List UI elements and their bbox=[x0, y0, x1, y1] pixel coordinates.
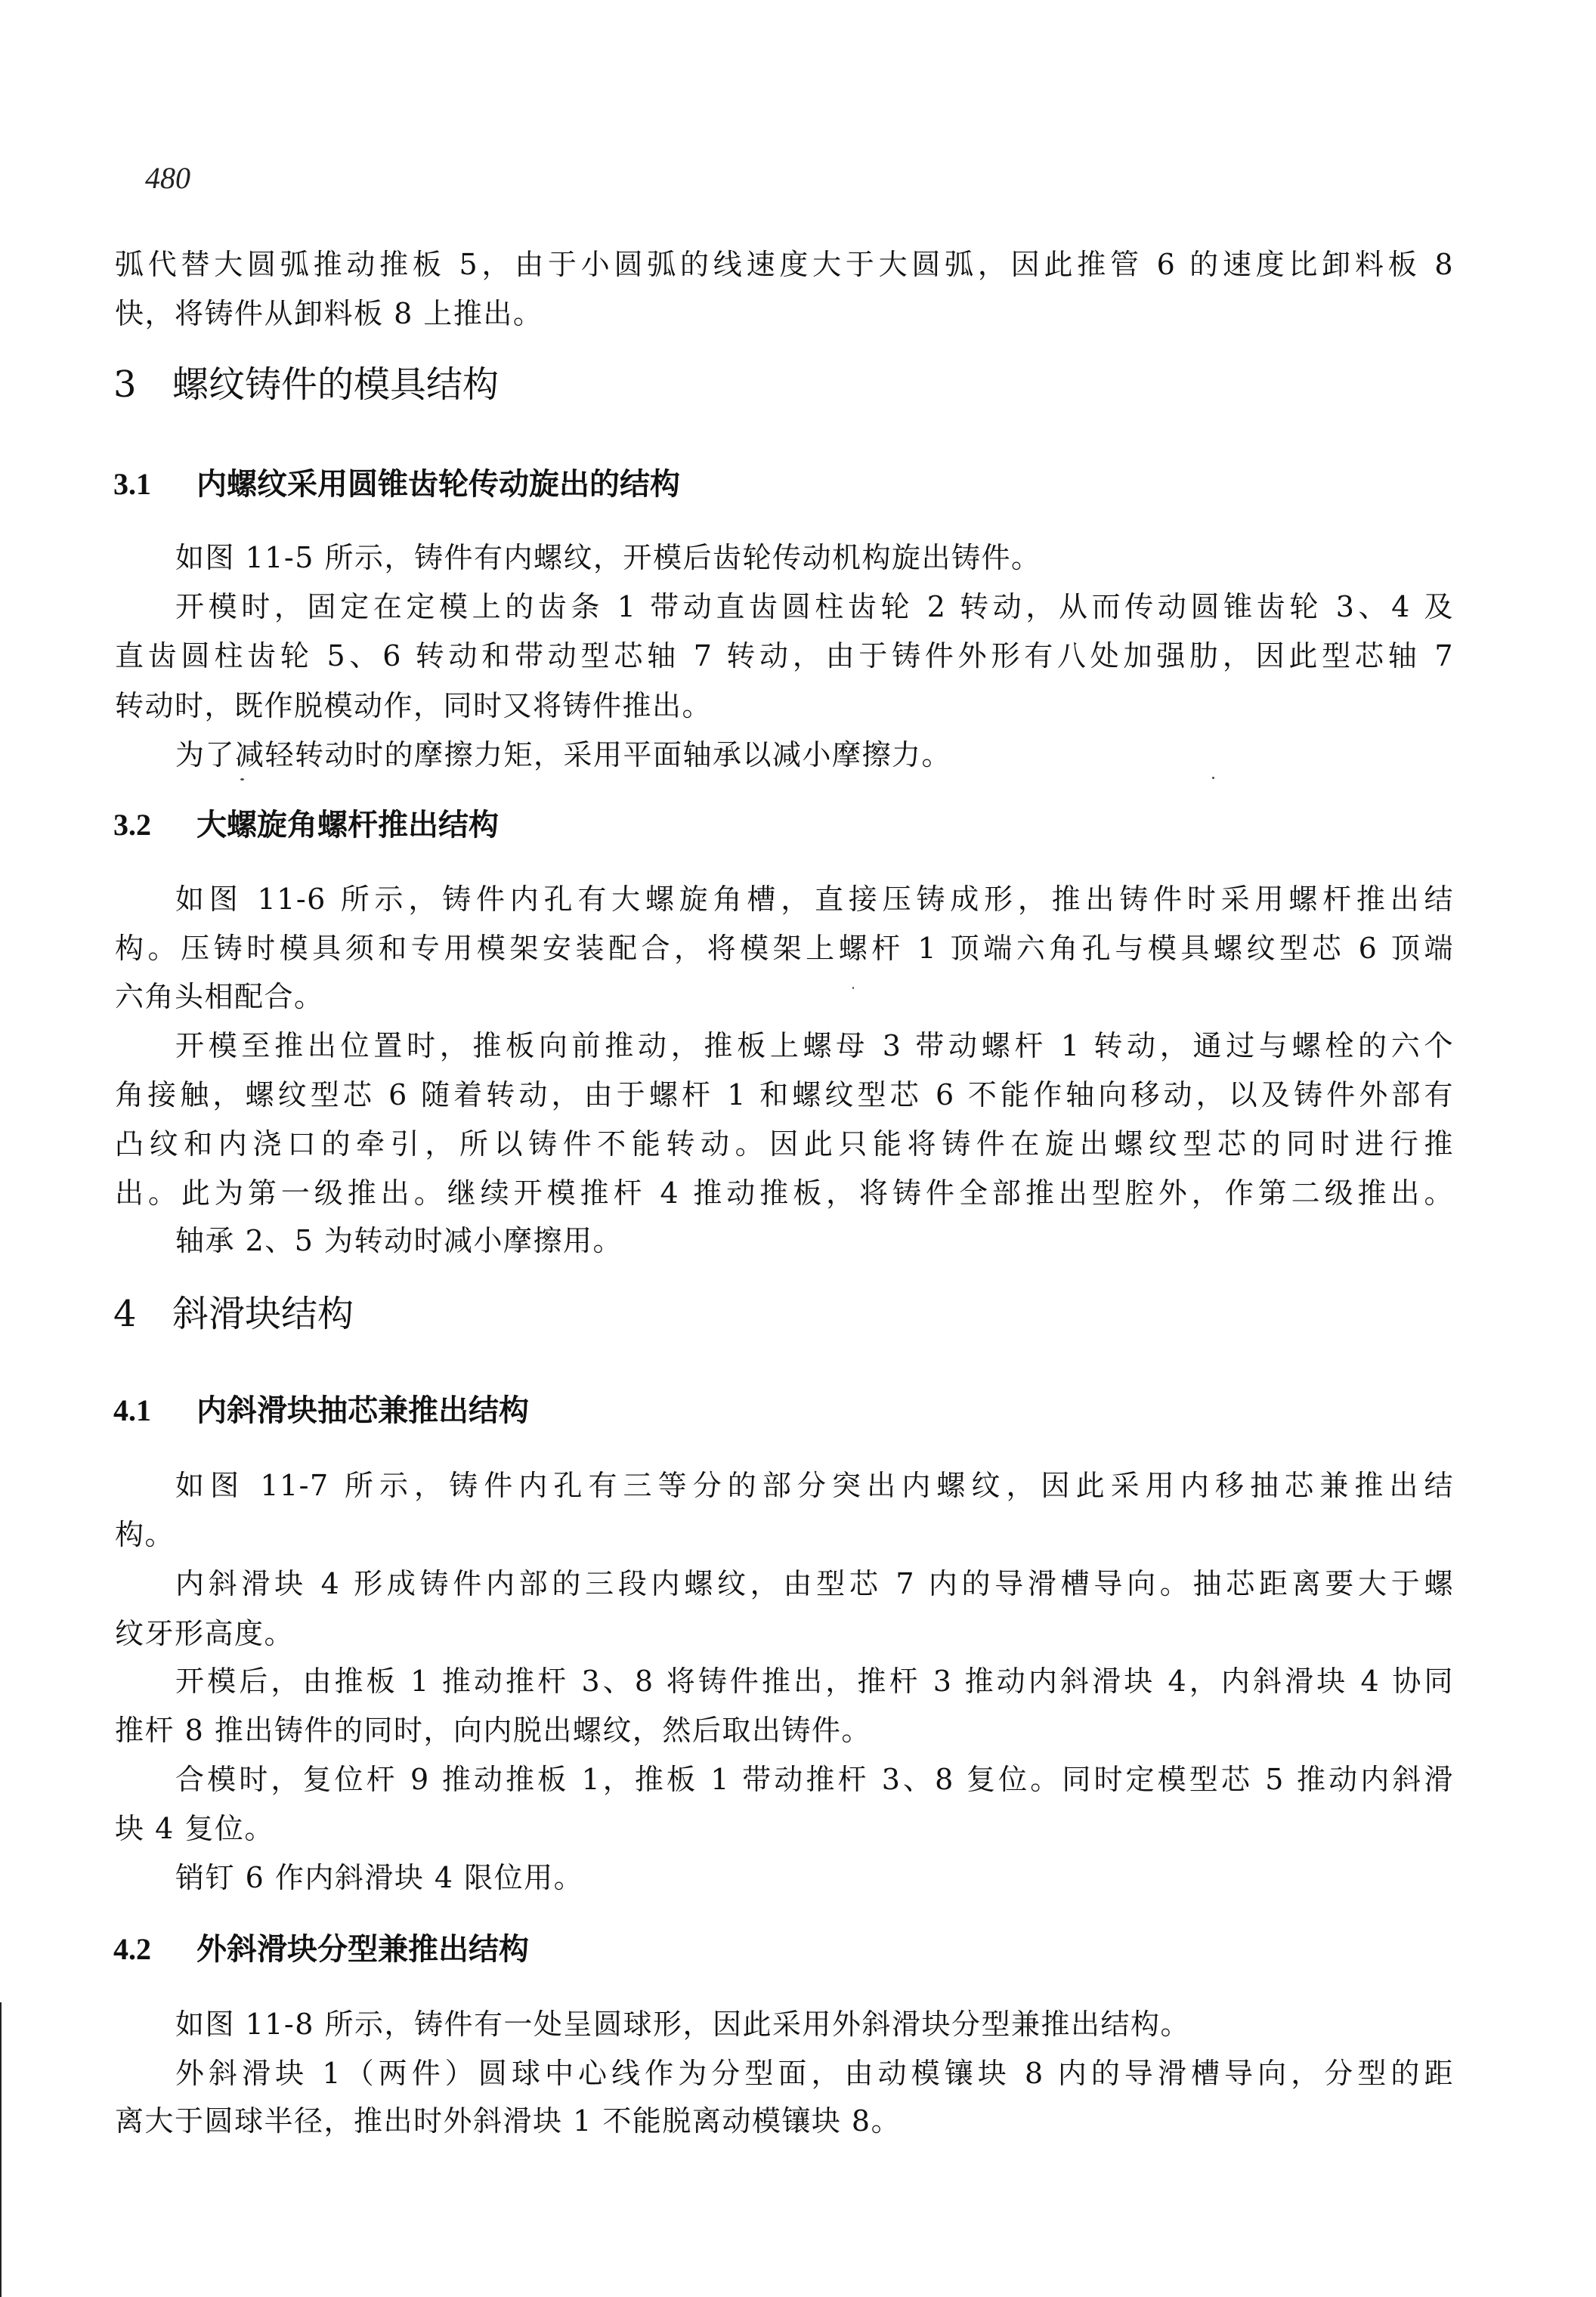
page-number: 480 bbox=[145, 160, 190, 196]
paragraph-line: 外斜滑块 1（两件）圆球中心线作为分型面，由动模镶块 8 内的导滑槽导向，分型的… bbox=[175, 2057, 1454, 2090]
section-number: 3 bbox=[113, 363, 172, 406]
subsection-heading-3-2: 3.2大螺旋角螺杆推出结构 bbox=[113, 807, 499, 843]
scan-speck bbox=[852, 987, 854, 989]
paragraph-line: 出。此为第一级推出。继续开模推杆 4 推动推板，将铸件全部推出型腔外，作第二级推… bbox=[115, 1176, 1454, 1210]
paragraph-line: 为了减轻转动时的摩擦力矩，采用平面轴承以减小摩擦力。 bbox=[175, 738, 951, 771]
section-heading-4: 4斜滑块结构 bbox=[113, 1293, 354, 1335]
paragraph-line: 轴承 2、5 为转动时减小摩擦用。 bbox=[175, 1224, 623, 1257]
paragraph-line: 构。 bbox=[115, 1518, 175, 1551]
subsection-heading-4-2: 4.2外斜滑块分型兼推出结构 bbox=[113, 1931, 529, 1968]
paragraph-line: 快，将铸件从卸料板 8 上推出。 bbox=[115, 297, 543, 330]
paragraph-line: 直齿圆柱齿轮 5、6 转动和带动型芯轴 7 转动，由于铸件外形有八处加强肋，因此… bbox=[115, 639, 1454, 672]
subsection-title: 大螺旋角螺杆推出结构 bbox=[196, 808, 499, 842]
paragraph-line: 合模时，复位杆 9 推动推板 1，推板 1 带动推杆 3、8 复位。同时定模型芯… bbox=[175, 1763, 1454, 1796]
paragraph-line: 转动时，既作脱模动作，同时又将铸件推出。 bbox=[115, 689, 712, 722]
subsection-title: 内斜滑块抽芯兼推出结构 bbox=[196, 1393, 529, 1428]
scan-speck bbox=[240, 778, 244, 781]
subsection-number: 3.1 bbox=[113, 466, 196, 502]
paragraph-line: 内斜滑块 4 形成铸件内部的三段内螺纹，由型芯 7 内的导滑槽导向。抽芯距离要大… bbox=[175, 1567, 1454, 1600]
paragraph-line: 角接触，螺纹型芯 6 随着转动，由于螺杆 1 和螺纹型芯 6 不能作轴向移动，以… bbox=[115, 1078, 1454, 1111]
paragraph-line: 推杆 8 推出铸件的同时，向内脱出螺纹，然后取出铸件。 bbox=[115, 1714, 871, 1747]
paragraph-line: 开模时，固定在定模上的齿条 1 带动直齿圆柱齿轮 2 转动，从而传动圆锥齿轮 3… bbox=[175, 590, 1454, 623]
paragraph-line: 开模后，由推板 1 推动推杆 3、8 将铸件推出，推杆 3 推动内斜滑块 4，内… bbox=[175, 1665, 1454, 1698]
paragraph-line: 销钉 6 作内斜滑块 4 限位用。 bbox=[175, 1861, 583, 1894]
paragraph-line: 块 4 复位。 bbox=[115, 1812, 274, 1845]
paragraph-line: 离大于圆球半径，推出时外斜滑块 1 不能脱离动模镶块 8。 bbox=[115, 2104, 901, 2138]
paragraph-line: 如图 11-5 所示，铸件有内螺纹，开模后齿轮传动机构旋出铸件。 bbox=[175, 541, 1041, 574]
scan-speck bbox=[1212, 777, 1214, 779]
paragraph-line: 如图 11-7 所示，铸件内孔有三等分的部分突出内螺纹，因此采用内移抽芯兼推出结 bbox=[175, 1469, 1454, 1502]
subsection-title: 内螺纹采用圆锥齿轮传动旋出的结构 bbox=[196, 467, 680, 502]
paragraph-line: 如图 11-8 所示，铸件有一处呈圆球形，因此采用外斜滑块分型兼推出结构。 bbox=[175, 2008, 1190, 2041]
subsection-heading-3-1: 3.1内螺纹采用圆锥齿轮传动旋出的结构 bbox=[113, 466, 680, 502]
paragraph-line: 如图 11-6 所示，铸件内孔有大螺旋角槽，直接压铸成形，推出铸件时采用螺杆推出… bbox=[175, 883, 1454, 916]
paragraph-line: 构。压铸时模具须和专用模架安装配合，将模架上螺杆 1 顶端六角孔与模具螺纹型芯 … bbox=[115, 932, 1454, 965]
section-title: 螺纹铸件的模具结构 bbox=[172, 363, 499, 406]
paragraph-line: 弧代替大圆弧推动推板 5，由于小圆弧的线速度大于大圆弧，因此推管 6 的速度比卸… bbox=[115, 248, 1454, 281]
subsection-heading-4-1: 4.1内斜滑块抽芯兼推出结构 bbox=[113, 1393, 529, 1429]
section-heading-3: 3螺纹铸件的模具结构 bbox=[113, 363, 499, 406]
section-number: 4 bbox=[113, 1293, 172, 1335]
section-title: 斜滑块结构 bbox=[172, 1293, 354, 1335]
subsection-number: 4.1 bbox=[113, 1393, 196, 1429]
paragraph-line: 六角头相配合。 bbox=[115, 980, 324, 1013]
paragraph-line: 开模至推出位置时，推板向前推动，推板上螺母 3 带动螺杆 1 转动，通过与螺栓的… bbox=[175, 1029, 1454, 1062]
subsection-title: 外斜滑块分型兼推出结构 bbox=[196, 1932, 529, 1967]
paragraph-line: 纹牙形高度。 bbox=[115, 1617, 294, 1650]
subsection-number: 4.2 bbox=[113, 1931, 196, 1968]
subsection-number: 3.2 bbox=[113, 807, 196, 843]
scan-edge-line bbox=[0, 2002, 2, 2297]
document-page: 480 弧代替大圆弧推动推板 5，由于小圆弧的线速度大于大圆弧，因此推管 6 的… bbox=[0, 0, 1596, 2297]
paragraph-line: 凸纹和内浇口的牵引，所以铸件不能转动。因此只能将铸件在旋出螺纹型芯的同时进行推 bbox=[115, 1127, 1454, 1161]
